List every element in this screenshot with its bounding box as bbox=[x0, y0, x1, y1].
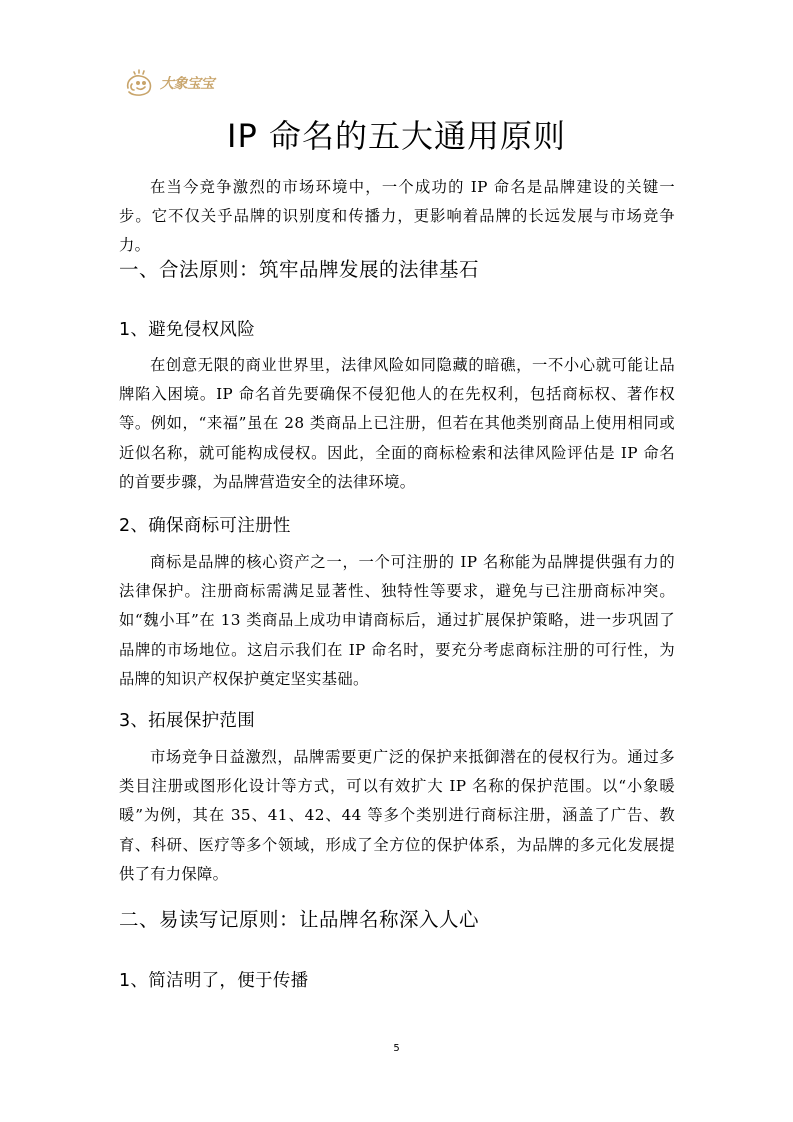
subsection-heading-concise: 1、简洁明了，便于传播 bbox=[119, 967, 308, 995]
paragraph-trademark-registrable: 商标是品牌的核心资产之一，一个可注册的 IP 名称能为品牌提供强有力的法律保护。… bbox=[119, 548, 675, 694]
section-heading-legal: 一、合法原则：筑牢品牌发展的法律基石 bbox=[119, 255, 479, 285]
elephant-mascot-icon bbox=[122, 66, 156, 100]
paragraph-expand-protection: 市场竞争日益激烈，品牌需要更广泛的保护来抵御潜在的侵权行为。通过多类目注册或图形… bbox=[119, 743, 675, 889]
subsection-heading-expand-protection: 3、拓展保护范围 bbox=[119, 707, 255, 735]
section-heading-easy-to-remember: 二、易读写记原则：让品牌名称深入人心 bbox=[119, 905, 479, 935]
subsection-heading-avoid-infringement: 1、避免侵权风险 bbox=[119, 316, 255, 344]
page-title: IP 命名的五大通用原则 bbox=[0, 114, 793, 158]
document-page: 大象宝宝 IP 命名的五大通用原则 在当今竞争激烈的市场环境中，一个成功的 IP… bbox=[0, 0, 793, 1122]
intro-paragraph: 在当今竞争激烈的市场环境中，一个成功的 IP 命名是品牌建设的关键一步。它不仅关… bbox=[119, 173, 675, 261]
subsection-heading-trademark-registrable: 2、确保商标可注册性 bbox=[119, 512, 291, 540]
page-number: 5 bbox=[0, 1042, 793, 1056]
paragraph-avoid-infringement: 在创意无限的商业世界里，法律风险如同隐藏的暗礁，一不小心就可能让品牌陷入困境。I… bbox=[119, 351, 675, 497]
brand-name: 大象宝宝 bbox=[160, 73, 214, 93]
brand-logo: 大象宝宝 bbox=[122, 66, 214, 100]
